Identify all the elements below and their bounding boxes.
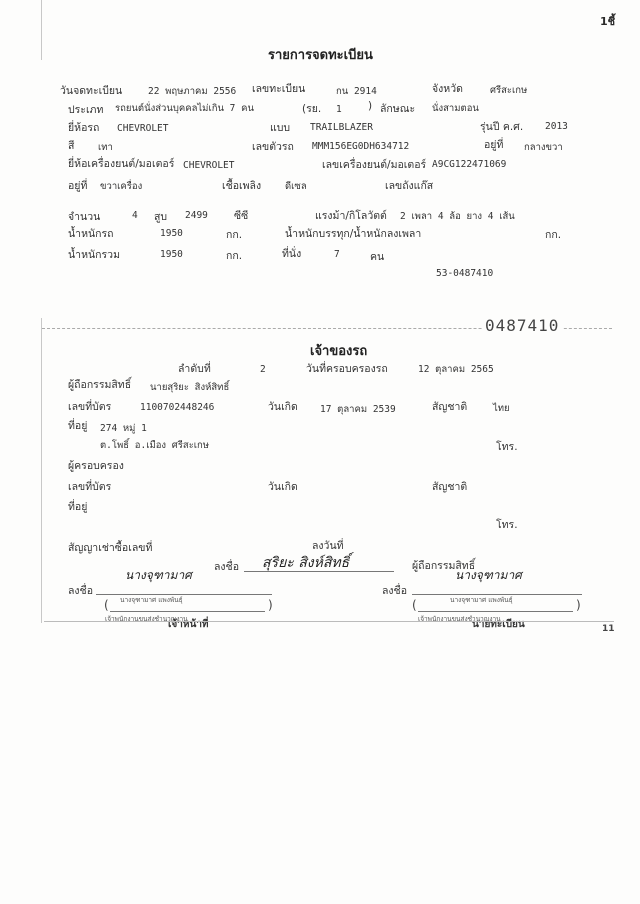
margin-line (41, 0, 42, 60)
cylinder-unit: สูบ (154, 208, 167, 225)
cylinders: 4 (132, 210, 138, 221)
serial-stamp: 0487410 (482, 316, 562, 335)
cylinder-label: จำนวน (68, 208, 100, 225)
model: TRAILBLAZER (310, 122, 373, 133)
address-line-2: ต.โพธิ์ อ.เมือง ศรีสะเกษ (100, 438, 209, 453)
engine-number: A9CG122471069 (432, 159, 506, 170)
sequence-label: ลำดับที่ (178, 360, 211, 377)
chassis-number: MMM156EG0DH634712 (312, 141, 409, 152)
registration-title: รายการจดทะเบียน (268, 44, 373, 65)
cc-unit: ซีซี (234, 207, 248, 224)
plate-number: กน 2914 (336, 84, 377, 99)
officer-role: เจ้าหน้าที่ (168, 617, 209, 632)
possession-date-label: วันที่ครอบครองรถ (306, 360, 388, 377)
registrar-paren-open: ( (412, 598, 417, 612)
nationality: ไทย (493, 401, 510, 416)
chassis-label: เลขตัวรถ (252, 138, 294, 155)
style-label: ลักษณะ (380, 100, 415, 117)
date-of-birth: 17 ตุลาคม 2539 (320, 402, 396, 417)
holder-signature: สุริยะ สิงห์สิทธิ์ (262, 552, 349, 574)
officer-name-line (110, 611, 265, 612)
seats-label: ที่นั่ง (282, 245, 301, 262)
weight-label: น้ำหนักรถ (68, 225, 114, 242)
registrar-paren-close: ) (576, 598, 581, 612)
margin-line (41, 318, 42, 623)
class-suffix: ) (368, 100, 372, 112)
address-label: ที่อยู่ (68, 417, 87, 434)
possession-date: 12 ตุลาคม 2565 (418, 362, 494, 377)
engine-brand: CHEVROLET (183, 160, 234, 171)
chassis-location: กลางขวา (524, 140, 563, 155)
engine-cc: 2499 (185, 210, 208, 221)
possessor-phone-label: โทร. (496, 516, 518, 533)
class-prefix: (รย. (302, 100, 321, 117)
document-number: 53-0487410 (436, 268, 493, 279)
gross-weight-label: น้ำหนักรวม (68, 246, 120, 263)
axles-wheels: 2 เพลา 4 ล้อ ยาง 4 เส้น (400, 209, 515, 224)
seats: 7 (334, 249, 340, 260)
color-label: สี (68, 137, 74, 154)
load-label: น้ำหนักบรรทุก/น้ำหนักลงเพลา (285, 225, 421, 242)
officer-signature: นางจุฑามาศ (125, 566, 192, 585)
sequence-number: 2 (260, 364, 266, 375)
registrar-role: นายทะเบียน (472, 617, 525, 632)
possessor-nationality-label: สัญชาติ (432, 478, 467, 495)
possessor-label: ผู้ครอบครอง (68, 457, 124, 474)
load-unit: กก. (545, 226, 561, 243)
type-label: ประเภท (68, 101, 103, 118)
registrar-sign-label: ลงชื่อ (382, 582, 407, 599)
vehicle-type: รถยนต์นั่งส่วนบุคคลไม่เกิน 7 คน (115, 101, 254, 116)
reg-date-label: วันจดทะเบียน (60, 82, 122, 99)
horsepower-label: แรงม้า/กิโลวัตต์ (315, 207, 387, 224)
year-label: รุ่นปี ค.ศ. (480, 118, 523, 135)
holder-sign-label: ลงชื่อ (214, 558, 239, 575)
model-year: 2013 (545, 121, 568, 132)
gas-tank-label: เลขถังแก๊ส (385, 177, 433, 194)
possessor-id-label: เลขที่บัตร (68, 478, 111, 495)
gross-weight-unit: กก. (226, 247, 242, 264)
page-number: 11 (602, 624, 615, 634)
registrar-signature: นางจุฑามาศ (455, 566, 522, 585)
phone-label: โทร. (496, 438, 518, 455)
gross-weight: 1950 (160, 249, 183, 260)
province: ศรีสะเกษ (490, 83, 527, 98)
brand-label: ยี่ห้อรถ (68, 119, 99, 136)
page-marker: 1ชี้ (600, 12, 615, 30)
dob-label: วันเกิด (268, 398, 298, 415)
holder-label: ผู้ถือกรรมสิทธิ์ (68, 376, 131, 393)
color: เทา (98, 140, 113, 155)
engine-brand-label: ยี่ห้อเครื่องยนต์/มอเตอร์ (68, 155, 174, 172)
holder-name: นายสุริยะ สิงห์สิทธิ์ (150, 380, 229, 395)
class-number: 1 (336, 104, 342, 115)
chassis-location-label: อยู่ที่ (484, 136, 503, 153)
vehicle-weight: 1950 (160, 228, 183, 239)
province-label: จังหวัด (432, 80, 463, 97)
engine-location-label: อยู่ที่ (68, 177, 87, 194)
fuel-label: เชื้อเพลิง (222, 177, 261, 194)
address-line-1: 274 หมู่ 1 (100, 421, 147, 436)
id-label: เลขที่บัตร (68, 398, 111, 415)
engine-location: ขวาเครื่อง (100, 179, 142, 194)
registrar-name: นางจุฑามาศ แพงพันธุ์ (450, 595, 513, 605)
engine-number-label: เลขเครื่องยนต์/มอเตอร์ (322, 156, 426, 173)
model-label: แบบ (270, 119, 290, 136)
officer-paren-open: ( (104, 598, 109, 612)
possessor-address-label: ที่อยู่ (68, 498, 87, 515)
officer-paren-close: ) (268, 598, 273, 612)
possessor-dob-label: วันเกิด (268, 478, 298, 495)
officer-name: นางจุฑามาศ แพงพันธุ์ (120, 595, 183, 605)
id-number: 1100702448246 (140, 402, 214, 413)
reg-date: 22 พฤษภาคม 2556 (148, 84, 236, 99)
brand: CHEVROLET (117, 123, 168, 134)
plate-label: เลขทะเบียน (252, 80, 305, 97)
registrar-name-line (418, 611, 573, 612)
vehicle-style: นั่งสามตอน (432, 101, 479, 116)
lease-contract-label: สัญญาเช่าซื้อเลขที่ (68, 539, 152, 556)
owner-title: เจ้าของรถ (310, 340, 367, 361)
bottom-rule (44, 621, 614, 622)
weight-unit: กก. (226, 226, 242, 243)
fuel: ดีเซล (285, 179, 307, 194)
officer-sign-label: ลงชื่อ (68, 582, 93, 599)
seats-unit: คน (370, 248, 384, 265)
nationality-label: สัญชาติ (432, 398, 467, 415)
